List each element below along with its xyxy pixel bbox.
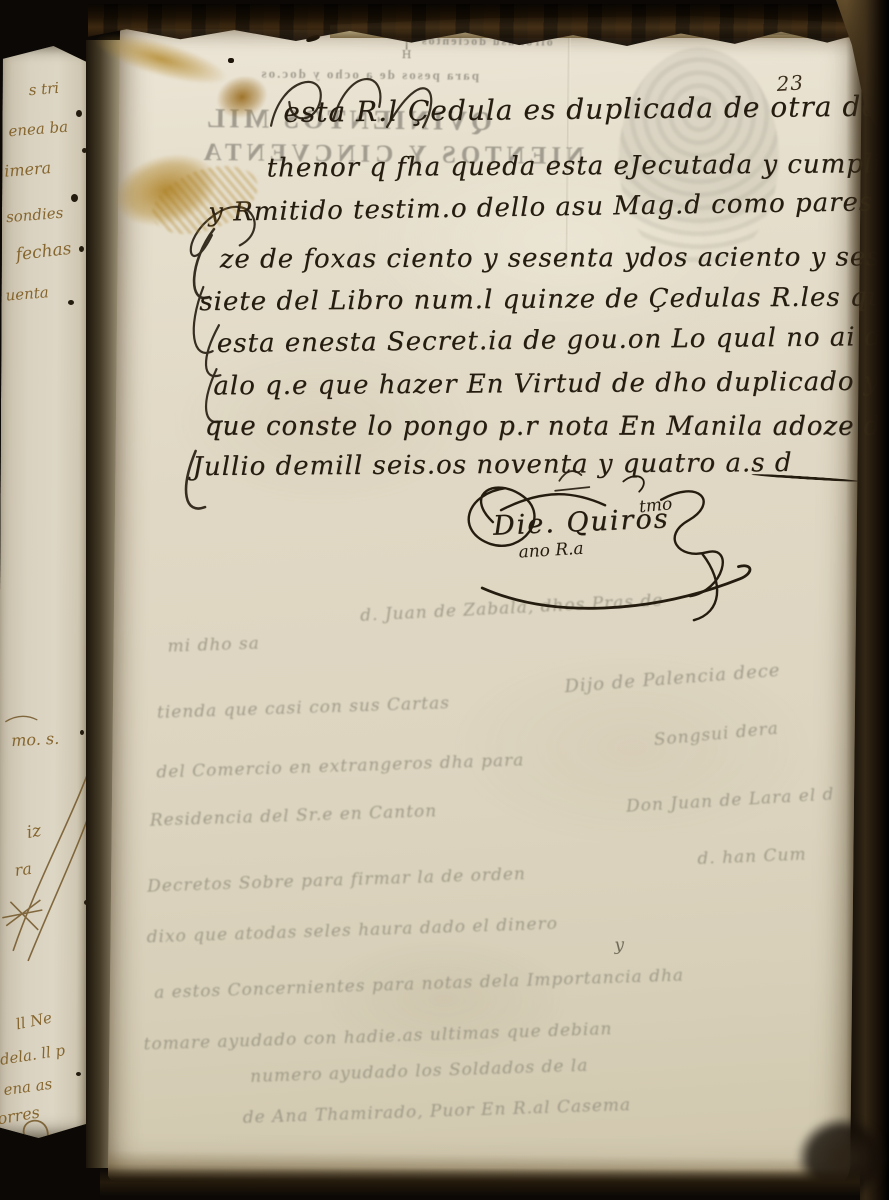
bleedthrough-line: del Comercio en extrangeros dha para	[156, 750, 525, 782]
bleedthrough-line: dixo que atodas seles haura dado el dine…	[146, 914, 558, 948]
margin-pen-strokes	[0, 46, 95, 1138]
bleedthrough-mark: y	[614, 935, 625, 955]
manuscript-line: esta enesta Secret.ia de gou.on Lo qual …	[217, 323, 889, 357]
bottom-page-edge	[100, 1168, 860, 1200]
bleedthrough-line: d. han Cum	[697, 845, 807, 870]
wormhole	[68, 300, 74, 305]
wormhole	[84, 900, 89, 905]
bleedthrough-line: tomare ayudado con hadie.as ultimas que …	[143, 1019, 612, 1055]
manuscript-line: que conste lo pongo p.r nota En Manila a…	[205, 414, 889, 440]
bleedthrough-line: Decretos Sobre para firmar la de orden	[147, 864, 526, 897]
signature-name: Die. Quiros	[492, 503, 670, 541]
bleedthrough-line: de Ana Thamirado, Puor En R.al Casema	[242, 1095, 631, 1128]
bleedthrough-line: a estos Concernientes para notas dela Im…	[154, 966, 685, 1004]
wormhole	[80, 730, 84, 735]
bleedthrough-line: d. Juan de Zabala, dhos Pras de	[360, 591, 664, 626]
folio-number: 23	[776, 70, 805, 96]
bleedthrough-line: numero ayudado los Soldados de la	[250, 1056, 589, 1087]
manuscript-line: thenor q fha queda esta eJecutada y cump…	[267, 151, 889, 182]
bleedthrough-line: Dijo de Palencia dece	[564, 660, 781, 698]
wormhole	[76, 110, 82, 117]
manuscript-line: Jullio demill seis.os noventa y quatro a…	[192, 450, 792, 480]
manuscript-line: ze de foxas ciento y sesenta ydos acient…	[220, 244, 889, 273]
wormhole	[79, 246, 84, 252]
ink-speck	[228, 58, 234, 63]
signature-sub: ano R.a	[518, 539, 584, 563]
bleedthrough-line: Songsui dera	[653, 719, 780, 751]
print-showthrough-line: para pesos de a ocho y doc.os	[259, 66, 479, 84]
bleedthrough-line: tienda que casi con sus Cartas	[157, 693, 451, 723]
binding-edge-shadow	[846, 0, 889, 1200]
manuscript-line: siete del Libro num.l quinze de Çedulas …	[199, 284, 889, 315]
bleedthrough-line: mi dho sa	[167, 634, 260, 657]
wormhole	[71, 194, 78, 202]
bleedthrough-line: Don Juan de Lara el d	[626, 784, 836, 816]
wormhole	[76, 1072, 81, 1076]
bleedthrough-line: Residencia del Sr.e en Canton	[150, 801, 438, 831]
wormhole	[82, 148, 87, 153]
manuscript-line: alo q.e que hazer En Virtud de dho dupli…	[213, 368, 889, 399]
facing-page-strip: s tri enea ba imera sondies fechas uenta…	[0, 46, 95, 1138]
cross-base-glyph: H	[402, 51, 412, 60]
manuscript-line: y Rmitido testim.o dello asu Mag.d como …	[208, 189, 873, 225]
manuscript-photo: s tri enea ba imera sondies fechas uenta…	[0, 0, 889, 1200]
manuscript-line: esta R.l Çedula es duplicada de otra del…	[283, 92, 889, 127]
